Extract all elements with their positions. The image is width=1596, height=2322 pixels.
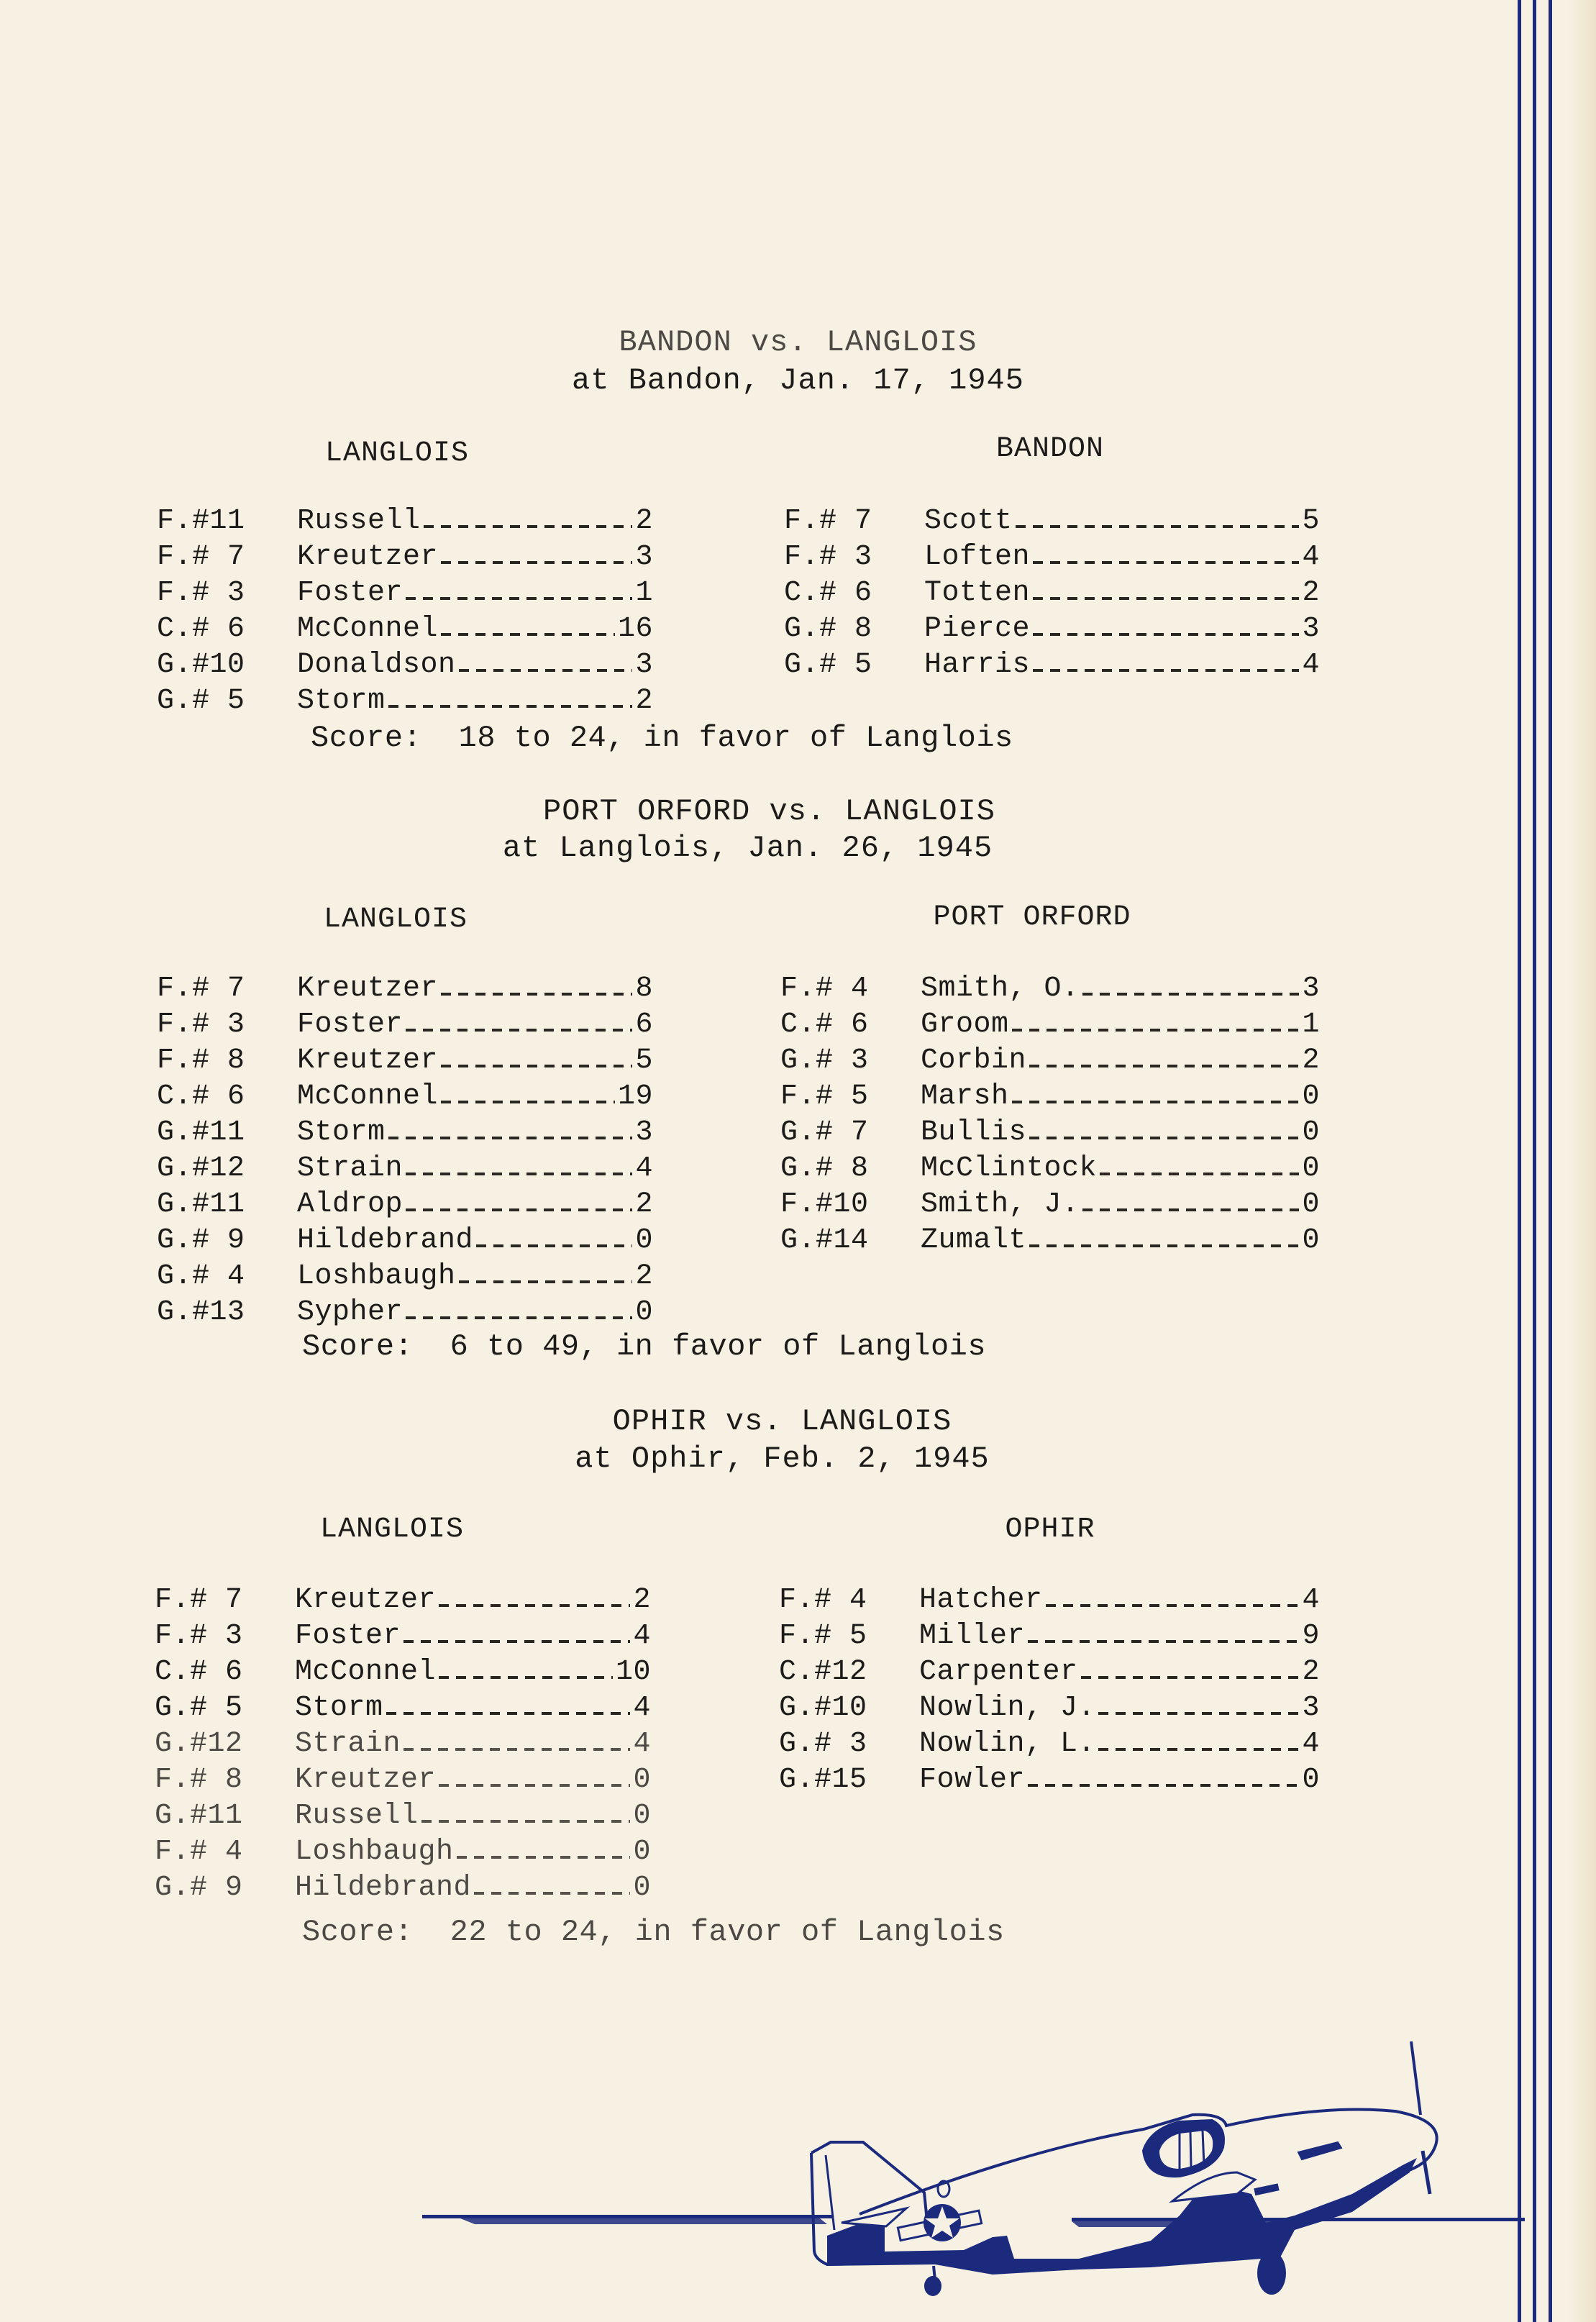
fighter-plane-icon [0, 0, 1596, 2322]
ground-line-left [422, 2215, 832, 2218]
star-roundel-icon [898, 2204, 981, 2241]
